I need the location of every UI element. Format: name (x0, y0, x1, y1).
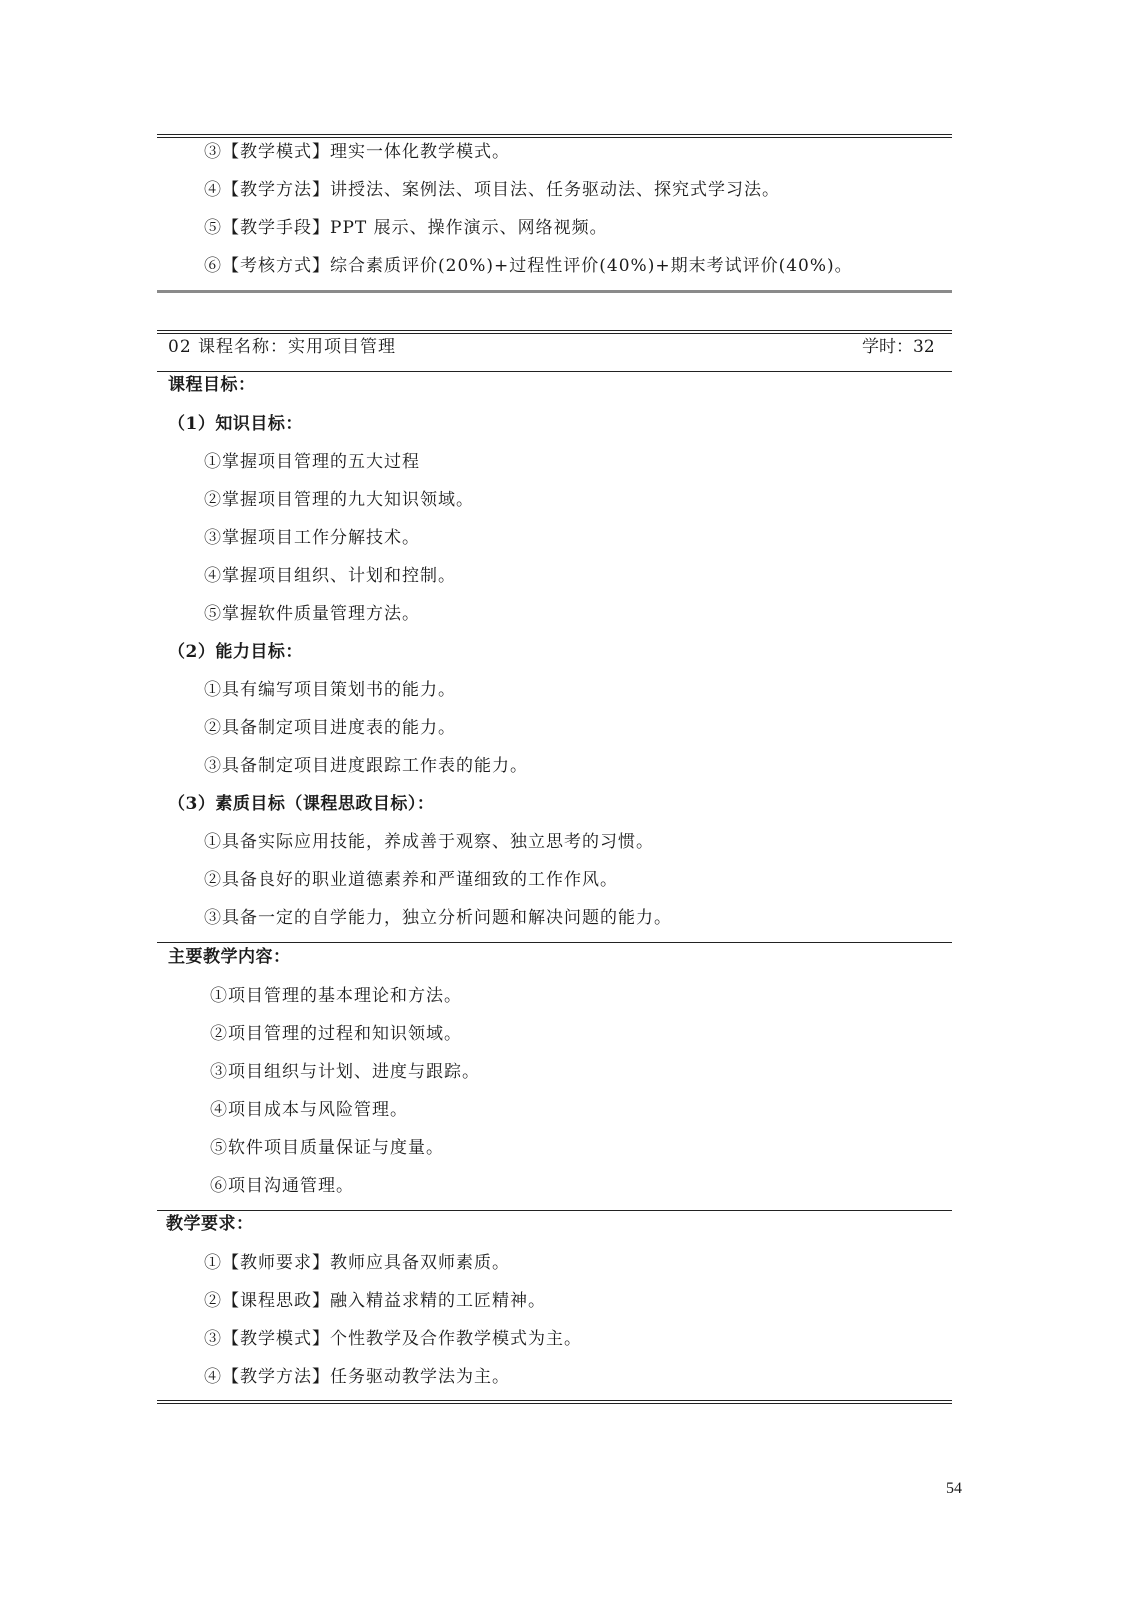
ability-item: ①具有编写项目策划书的能力。 (204, 679, 456, 701)
content-heading: 主要教学内容： (168, 946, 291, 968)
table-bottom-border (157, 290, 952, 293)
content-item: ③项目组织与计划、进度与跟踪。 (210, 1061, 480, 1083)
knowledge-item: ②掌握项目管理的九大知识领域。 (204, 489, 474, 511)
knowledge-item: ③掌握项目工作分解技术。 (204, 527, 420, 549)
row-divider (157, 371, 952, 372)
knowledge-item: ①掌握项目管理的五大过程 (204, 451, 420, 473)
table-top-border (157, 134, 952, 138)
document-page: ③【教学模式】理实一体化教学模式。 ④【教学方法】讲授法、案例法、项目法、任务驱… (0, 0, 1131, 1600)
course-table-top-border (157, 330, 952, 334)
content-item: ④项目成本与风险管理。 (210, 1099, 408, 1121)
quality-item: ②具备良好的职业道德素养和严谨细致的工作作风。 (204, 869, 618, 891)
content-item: ②项目管理的过程和知识领域。 (210, 1023, 462, 1045)
ability-item: ③具备制定项目进度跟踪工作表的能力。 (204, 755, 528, 777)
ability-objectives-heading: （2）能力目标： (168, 641, 303, 663)
requirements-heading: 教学要求： (166, 1213, 254, 1235)
prev-requirement-item: ⑤【教学手段】PPT 展示、操作演示、网络视频。 (204, 217, 608, 239)
requirement-item: ①【教师要求】教师应具备双师素质。 (204, 1252, 510, 1274)
ability-item: ②具备制定项目进度表的能力。 (204, 717, 456, 739)
row-divider (157, 1210, 952, 1211)
prev-requirement-item: ⑥【考核方式】综合素质评价(20%)+过程性评价(40%)+期末考试评价(40%… (204, 255, 853, 277)
requirement-item: ②【课程思政】融入精益求精的工匠精神。 (204, 1290, 546, 1312)
content-item: ⑥项目沟通管理。 (210, 1175, 354, 1197)
page-number: 54 (946, 1480, 962, 1498)
requirement-item: ④【教学方法】任务驱动教学法为主。 (204, 1366, 510, 1388)
quality-item: ①具备实际应用技能，养成善于观察、独立思考的习惯。 (204, 831, 654, 853)
prev-requirement-item: ③【教学模式】理实一体化教学模式。 (204, 141, 510, 163)
requirement-item: ③【教学模式】个性教学及合作教学模式为主。 (204, 1328, 582, 1350)
knowledge-item: ⑤掌握软件质量管理方法。 (204, 603, 420, 625)
row-divider (157, 942, 952, 943)
objectives-heading: 课程目标： (168, 374, 256, 396)
course-table-bottom-border (157, 1400, 952, 1404)
knowledge-item: ④掌握项目组织、计划和控制。 (204, 565, 456, 587)
quality-objectives-heading: （3）素质目标（课程思政目标）： (168, 793, 434, 815)
course-title: 02 课程名称：实用项目管理 (168, 336, 396, 358)
prev-requirement-item: ④【教学方法】讲授法、案例法、项目法、任务驱动法、探究式学习法。 (204, 179, 780, 201)
content-item: ①项目管理的基本理论和方法。 (210, 985, 462, 1007)
content-item: ⑤软件项目质量保证与度量。 (210, 1137, 444, 1159)
quality-item: ③具备一定的自学能力，独立分析问题和解决问题的能力。 (204, 907, 672, 929)
knowledge-objectives-heading: （1）知识目标： (168, 413, 303, 435)
course-hours: 学时：32 (862, 336, 935, 358)
